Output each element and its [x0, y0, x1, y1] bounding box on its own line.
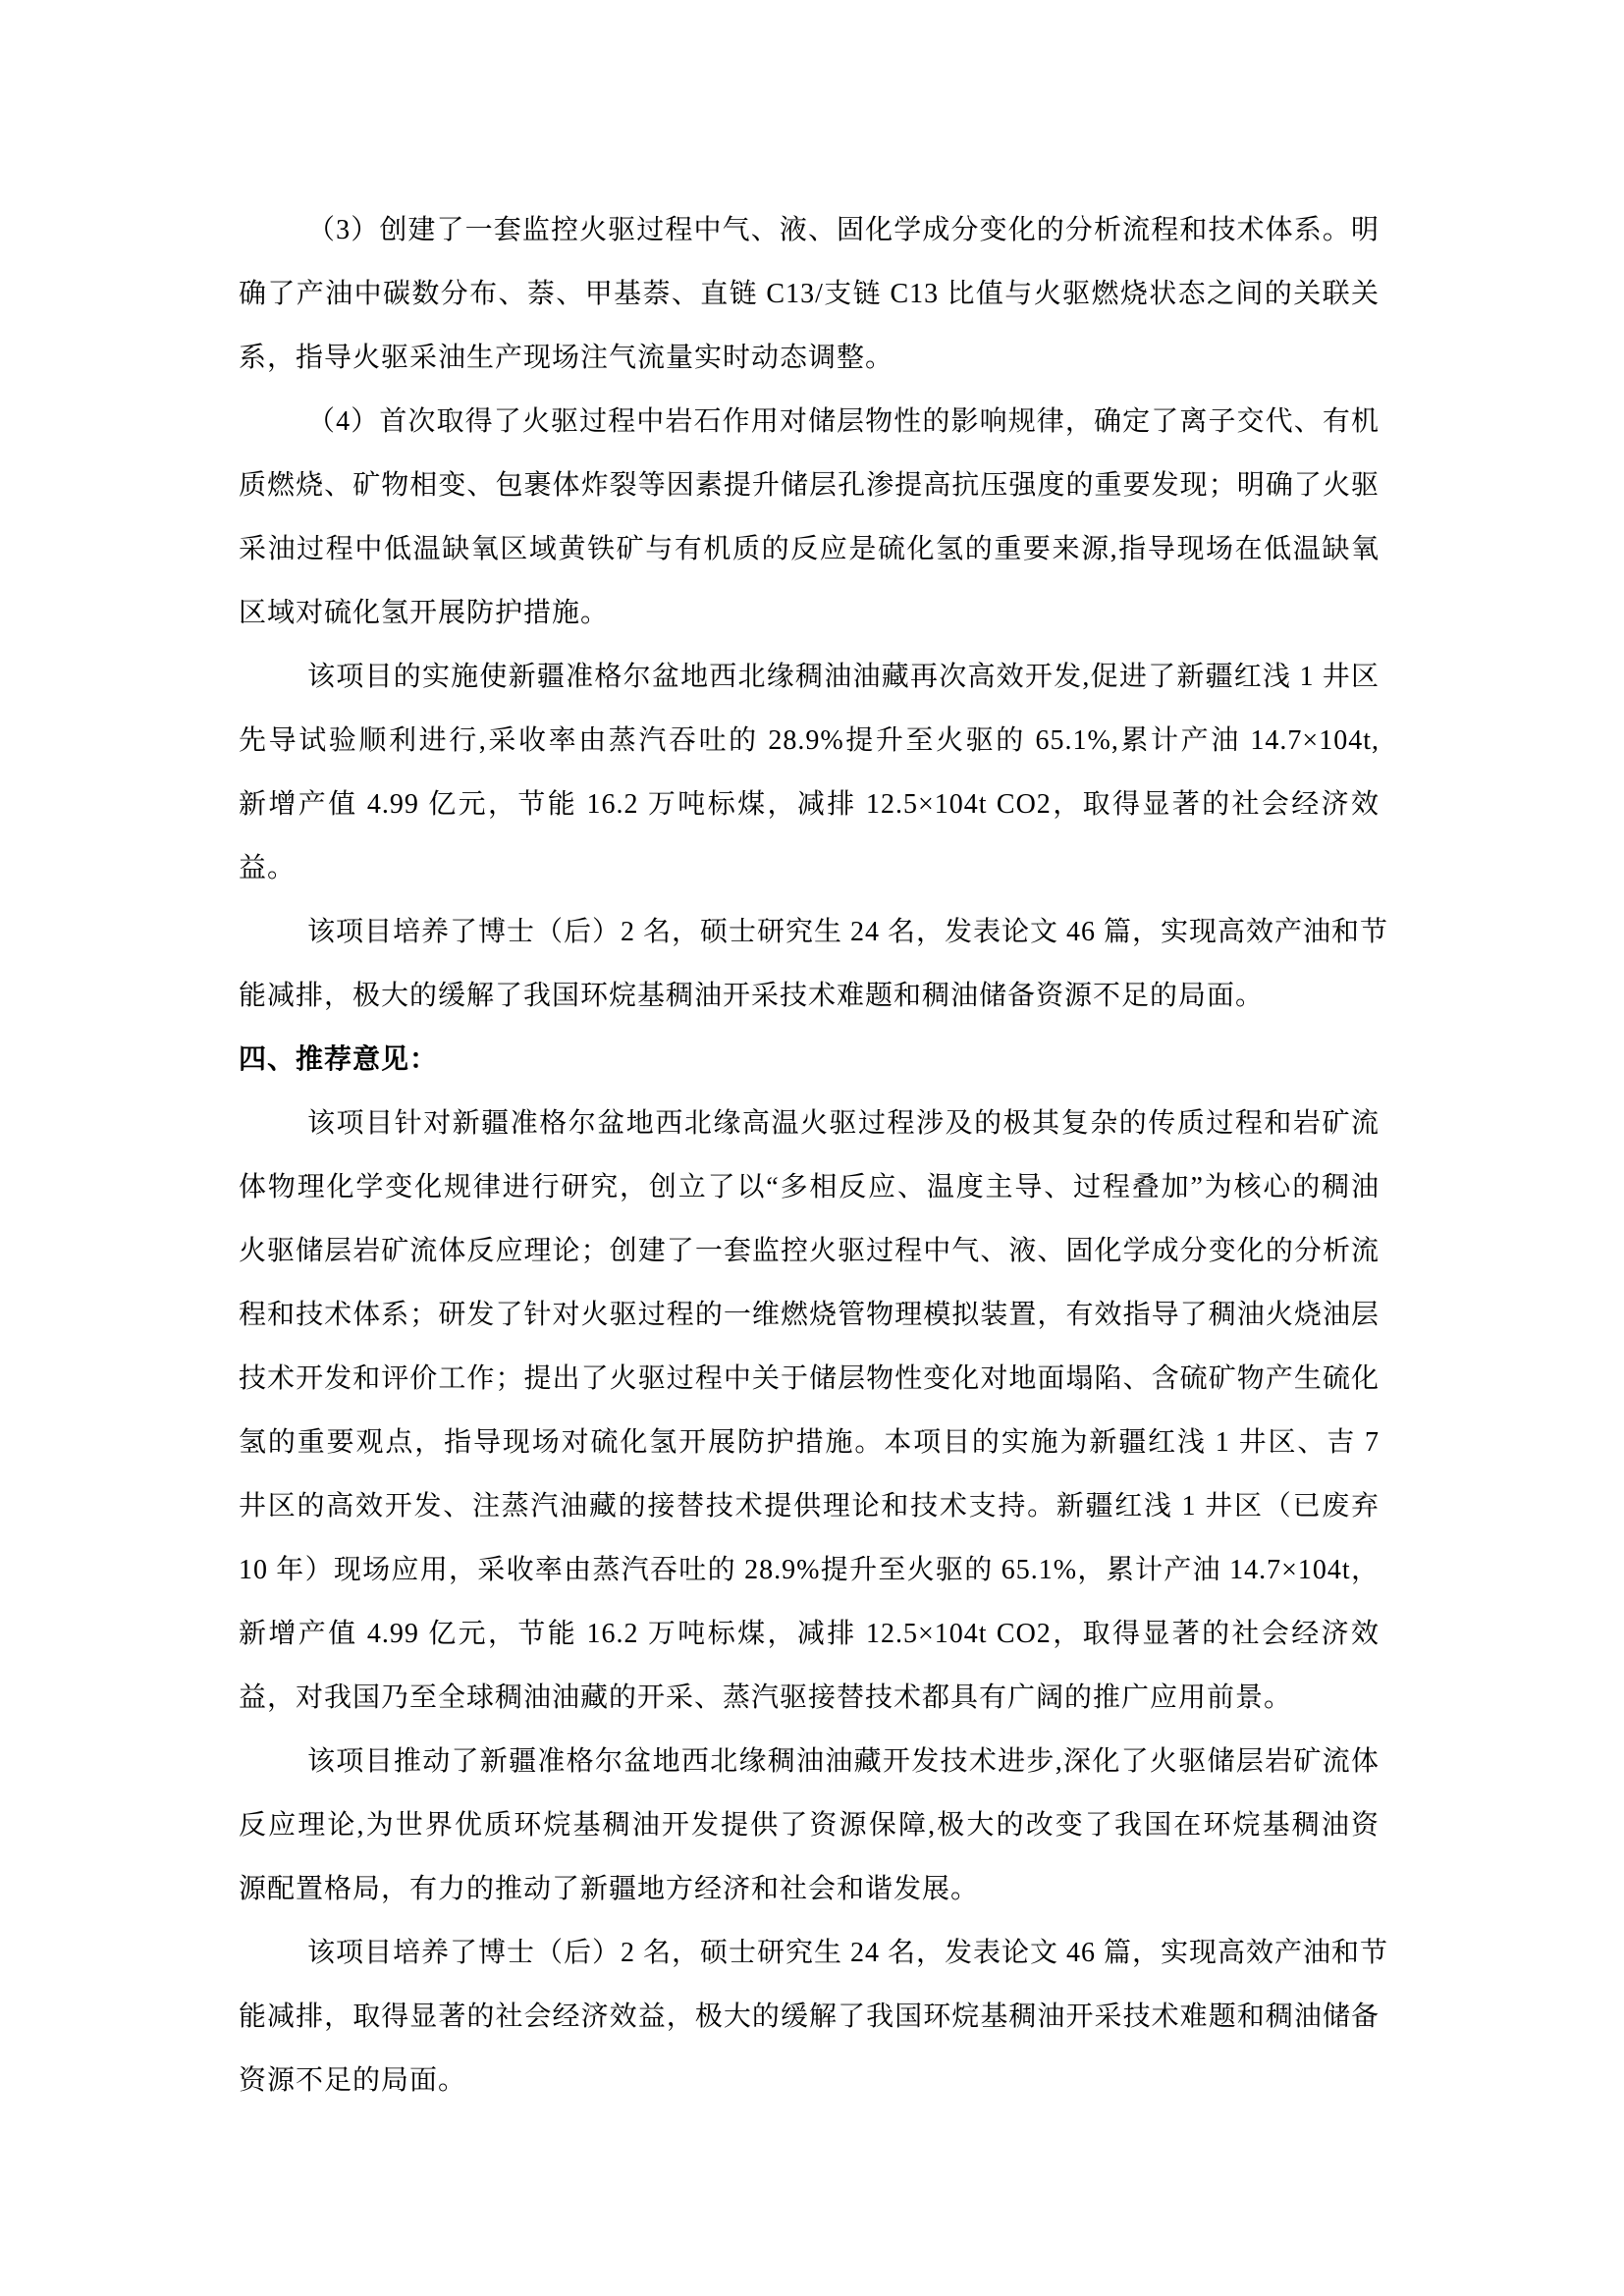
- text-line: 氢的重要观点，指导现场对硫化氢开展防护措施。本项目的实施为新疆红浅 1 井区、吉…: [239, 1411, 1380, 1474]
- text-line: 该项目培养了博士（后）2 名，硕士研究生 24 名，发表论文 46 篇，实现高效…: [239, 1921, 1380, 1985]
- text-line: 程和技术体系；研发了针对火驱过程的一维燃烧管物理模拟装置，有效指导了稠油火烧油层: [239, 1283, 1380, 1347]
- section-heading-recommendation: 四、推荐意见：: [239, 1028, 1380, 1092]
- text-line: （3）创建了一套监控火驱过程中气、液、固化学成分变化的分析流程和技术体系。明: [239, 198, 1380, 262]
- text-line: 火驱储层岩矿流体反应理论；创建了一套监控火驱过程中气、液、固化学成分变化的分析流: [239, 1219, 1380, 1283]
- document-body: （3）创建了一套监控火驱过程中气、液、固化学成分变化的分析流程和技术体系。明 确…: [239, 198, 1380, 2112]
- text-line: 区域对硫化氢开展防护措施。: [239, 581, 1380, 645]
- text-line: 该项目的实施使新疆准格尔盆地西北缘稠油油藏再次高效开发,促进了新疆红浅 1 井区: [239, 645, 1380, 709]
- text-line: 技术开发和评价工作；提出了火驱过程中关于储层物性变化对地面塌陷、含硫矿物产生硫化: [239, 1347, 1380, 1411]
- text-line: 先导试验顺利进行,采收率由蒸汽吞吐的 28.9%提升至火驱的 65.1%,累计产…: [239, 709, 1380, 773]
- text-line: 系，指导火驱采油生产现场注气流量实时动态调整。: [239, 326, 1380, 390]
- paragraph-recommendation-body: 该项目针对新疆准格尔盆地西北缘高温火驱过程涉及的极其复杂的传质过程和岩矿流 体物…: [239, 1092, 1380, 1730]
- text-line: 该项目培养了博士（后）2 名，硕士研究生 24 名，发表论文 46 篇，实现高效…: [239, 900, 1380, 964]
- text-line: 井区的高效开发、注蒸汽油藏的接替技术提供理论和技术支持。新疆红浅 1 井区（已废…: [239, 1474, 1380, 1538]
- text-line: 该项目针对新疆准格尔盆地西北缘高温火驱过程涉及的极其复杂的传质过程和岩矿流: [239, 1092, 1380, 1155]
- text-line: 确了产油中碳数分布、萘、甲基萘、直链 C13/支链 C13 比值与火驱燃烧状态之…: [239, 262, 1380, 326]
- text-line: 新增产值 4.99 亿元，节能 16.2 万吨标煤，减排 12.5×104t C…: [239, 773, 1380, 836]
- text-line: 10 年）现场应用，采收率由蒸汽吞吐的 28.9%提升至火驱的 65.1%，累计…: [239, 1538, 1380, 1602]
- paragraph-point-4: （4）首次取得了火驱过程中岩石作用对储层物性的影响规律，确定了离子交代、有机 质…: [239, 390, 1380, 645]
- text-line: 反应理论,为世界优质环烷基稠油开发提供了资源保障,极大的改变了我国在环烷基稠油资: [239, 1793, 1380, 1857]
- paragraph-project-implementation: 该项目的实施使新疆准格尔盆地西北缘稠油油藏再次高效开发,促进了新疆红浅 1 井区…: [239, 645, 1380, 900]
- text-line: 质燃烧、矿物相变、包裹体炸裂等因素提升储层孔渗提高抗压强度的重要发现；明确了火驱: [239, 454, 1380, 517]
- document-page: （3）创建了一套监控火驱过程中气、液、固化学成分变化的分析流程和技术体系。明 确…: [0, 0, 1624, 2296]
- text-line: 源配置格局，有力的推动了新疆地方经济和社会和谐发展。: [239, 1857, 1380, 1921]
- text-line: 益。: [239, 836, 1380, 900]
- paragraph-talent-training-closing: 该项目培养了博士（后）2 名，硕士研究生 24 名，发表论文 46 篇，实现高效…: [239, 1921, 1380, 2112]
- text-line: 资源不足的局面。: [239, 2049, 1380, 2112]
- text-line: 该项目推动了新疆准格尔盆地西北缘稠油油藏开发技术进步,深化了火驱储层岩矿流体: [239, 1730, 1380, 1793]
- paragraph-talent-training: 该项目培养了博士（后）2 名，硕士研究生 24 名，发表论文 46 篇，实现高效…: [239, 900, 1380, 1028]
- text-line: 能减排，极大的缓解了我国环烷基稠油开采技术难题和稠油储备资源不足的局面。: [239, 964, 1380, 1028]
- paragraph-technical-progress: 该项目推动了新疆准格尔盆地西北缘稠油油藏开发技术进步,深化了火驱储层岩矿流体 反…: [239, 1730, 1380, 1921]
- text-line: （4）首次取得了火驱过程中岩石作用对储层物性的影响规律，确定了离子交代、有机: [239, 390, 1380, 454]
- text-line: 益，对我国乃至全球稠油油藏的开采、蒸汽驱接替技术都具有广阔的推广应用前景。: [239, 1666, 1380, 1730]
- text-line: 采油过程中低温缺氧区域黄铁矿与有机质的反应是硫化氢的重要来源,指导现场在低温缺氧: [239, 517, 1380, 581]
- text-line: 新增产值 4.99 亿元，节能 16.2 万吨标煤，减排 12.5×104t C…: [239, 1602, 1380, 1666]
- text-line: 能减排，取得显著的社会经济效益，极大的缓解了我国环烷基稠油开采技术难题和稠油储备: [239, 1985, 1380, 2049]
- text-line: 体物理化学变化规律进行研究，创立了以“多相反应、温度主导、过程叠加”为核心的稠油: [239, 1155, 1380, 1219]
- paragraph-point-3: （3）创建了一套监控火驱过程中气、液、固化学成分变化的分析流程和技术体系。明 确…: [239, 198, 1380, 390]
